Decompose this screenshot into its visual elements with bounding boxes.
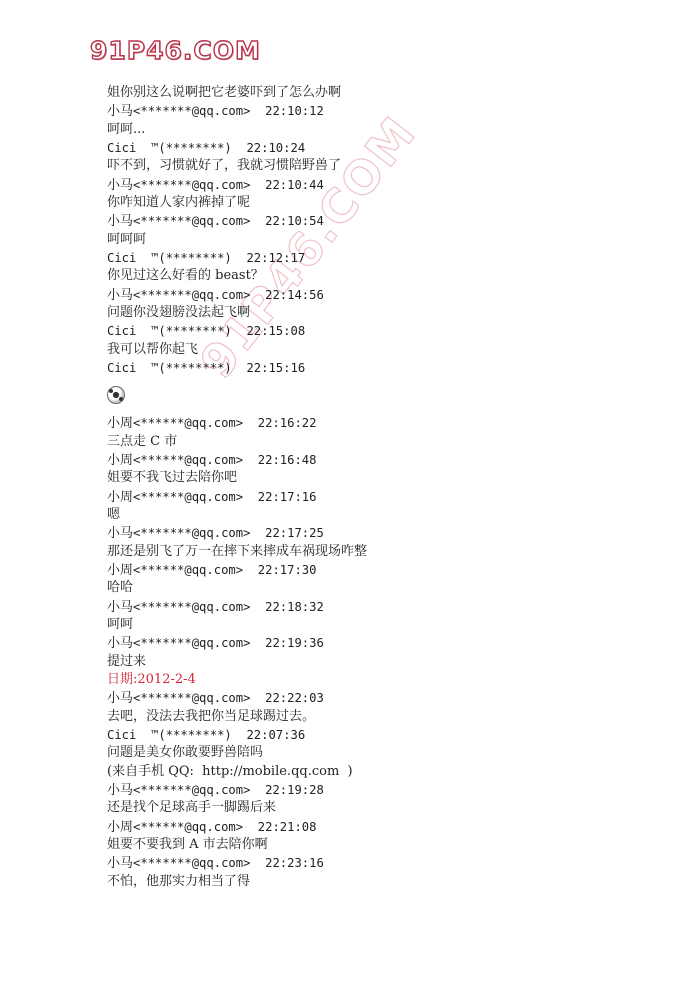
message-header: 小马<*******@qq.com> 22:19:28: [107, 781, 667, 799]
sender-name: 小周: [107, 490, 133, 505]
message-text: 呵呵...: [107, 121, 667, 139]
message-header: Cici ™(********) 22:12:17: [107, 249, 667, 267]
timestamp: 22:10:12: [265, 104, 324, 118]
sender-name: 小周: [107, 563, 133, 578]
timestamp: 22:16:48: [258, 453, 317, 467]
sender-account: <*******@qq.com>: [133, 178, 250, 192]
message-text: 那还是别飞了万一在摔下来摔成车祸现场咋整: [107, 543, 667, 561]
timestamp: 22:16:22: [258, 416, 317, 430]
message-text: 呵呵: [107, 616, 667, 634]
message-text: 问题你没翅膀没法起飞啊: [107, 304, 667, 322]
sender-name: 小马: [107, 178, 133, 193]
sender-name: 小马: [107, 856, 133, 871]
emoji-message: [107, 378, 667, 415]
timestamp: 22:10:24: [246, 141, 305, 155]
message-header: 小马<*******@qq.com> 22:17:25: [107, 524, 667, 542]
timestamp: 22:19:36: [265, 636, 324, 650]
sender-name: 小马: [107, 783, 133, 798]
timestamp: 22:10:44: [265, 178, 324, 192]
message-text: 吓不到，习惯就好了，我就习惯陪野兽了: [107, 157, 667, 175]
message-text: 哈哈: [107, 579, 667, 597]
timestamp: 22:10:54: [265, 214, 324, 228]
message-header: 小马<*******@qq.com> 22:14:56: [107, 286, 667, 304]
sender-name: Cici: [107, 141, 136, 155]
message-text: 不怕，他那实力相当了得: [107, 873, 667, 891]
sender-account: <******@qq.com>: [133, 490, 243, 504]
sender-account: <*******@qq.com>: [133, 691, 250, 705]
sender-account: ™(********): [151, 251, 232, 265]
sender-account: <*******@qq.com>: [133, 856, 250, 870]
sender-account: ™(********): [151, 324, 232, 338]
sender-name: 小马: [107, 691, 133, 706]
sender-account: <*******@qq.com>: [133, 636, 250, 650]
timestamp: 22:19:28: [265, 783, 324, 797]
message-header: 小马<*******@qq.com> 22:10:54: [107, 212, 667, 230]
message-text: 你咋知道人家内裤掉了呢: [107, 194, 667, 212]
timestamp: 22:15:16: [246, 361, 305, 375]
sender-account: <******@qq.com>: [133, 416, 243, 430]
message-text: 姐要不要我到 A 市去陪你啊: [107, 836, 667, 854]
message-header: 小马<*******@qq.com> 22:10:44: [107, 176, 667, 194]
sender-account: <******@qq.com>: [133, 453, 243, 467]
message-text: 你见过这么好看的 beast？: [107, 267, 667, 285]
message-text: 三点走 C 市: [107, 433, 667, 451]
chat-log: 姐你别这么说啊把它老婆吓到了怎么办啊小马<*******@qq.com> 22:…: [107, 84, 667, 891]
message-header: 小周<******@qq.com> 22:17:30: [107, 561, 667, 579]
sender-account: <******@qq.com>: [133, 820, 243, 834]
timestamp: 22:23:16: [265, 856, 324, 870]
sender-name: 小周: [107, 453, 133, 468]
message-text: (来自手机 QQ: http://mobile.qq.com ): [107, 763, 667, 781]
message-text: 还是找个足球高手一脚踢后来: [107, 799, 667, 817]
sender-name: 小周: [107, 416, 133, 431]
sender-account: <*******@qq.com>: [133, 214, 250, 228]
sender-account: <*******@qq.com>: [133, 526, 250, 540]
sender-account: ™(********): [151, 728, 232, 742]
sender-name: Cici: [107, 361, 136, 375]
sender-account: <******@qq.com>: [133, 563, 243, 577]
message-header: 小马<*******@qq.com> 22:22:03: [107, 689, 667, 707]
message-text: 去吧，没法去我把你当足球踢过去。: [107, 708, 667, 726]
soccer-ball-icon: [107, 386, 125, 404]
message-header: 小马<*******@qq.com> 22:19:36: [107, 634, 667, 652]
sender-account: <*******@qq.com>: [133, 104, 250, 118]
sender-name: Cici: [107, 728, 136, 742]
message-header: Cici ™(********) 22:10:24: [107, 139, 667, 157]
timestamp: 22:15:08: [246, 324, 305, 338]
timestamp: 22:07:36: [246, 728, 305, 742]
message-header: Cici ™(********) 22:07:36: [107, 726, 667, 744]
sender-name: Cici: [107, 324, 136, 338]
message-text: 问题是美女你敢要野兽陪吗: [107, 744, 667, 762]
message-text: 我可以帮你起飞: [107, 341, 667, 359]
message-header: 小马<*******@qq.com> 22:23:16: [107, 854, 667, 872]
message-header: 小马<*******@qq.com> 22:10:12: [107, 102, 667, 120]
message-header: Cici ™(********) 22:15:08: [107, 322, 667, 340]
site-logo: 91P46.COM: [90, 36, 261, 65]
message-text: 姐你别这么说啊把它老婆吓到了怎么办啊: [107, 84, 667, 102]
date-separator: 日期:2012-2-4: [107, 671, 667, 689]
sender-name: 小马: [107, 526, 133, 541]
message-text: 嗯: [107, 506, 667, 524]
sender-name: 小马: [107, 214, 133, 229]
sender-name: 小周: [107, 820, 133, 835]
message-header: 小周<******@qq.com> 22:16:48: [107, 451, 667, 469]
timestamp: 22:21:08: [258, 820, 317, 834]
sender-account: <*******@qq.com>: [133, 600, 250, 614]
sender-account: ™(********): [151, 141, 232, 155]
timestamp: 22:14:56: [265, 288, 324, 302]
sender-account: <*******@qq.com>: [133, 783, 250, 797]
timestamp: 22:17:25: [265, 526, 324, 540]
message-header: 小周<******@qq.com> 22:16:22: [107, 414, 667, 432]
sender-name: 小马: [107, 288, 133, 303]
message-header: 小周<******@qq.com> 22:17:16: [107, 488, 667, 506]
message-header: 小周<******@qq.com> 22:21:08: [107, 818, 667, 836]
sender-account: ™(********): [151, 361, 232, 375]
sender-name: 小马: [107, 636, 133, 651]
timestamp: 22:18:32: [265, 600, 324, 614]
message-text: 提过来: [107, 653, 667, 671]
timestamp: 22:17:30: [258, 563, 317, 577]
message-text: 呵呵呵: [107, 231, 667, 249]
sender-name: 小马: [107, 600, 133, 615]
timestamp: 22:17:16: [258, 490, 317, 504]
sender-account: <*******@qq.com>: [133, 288, 250, 302]
timestamp: 22:22:03: [265, 691, 324, 705]
message-text: 姐要不我飞过去陪你吧: [107, 469, 667, 487]
sender-name: 小马: [107, 104, 133, 119]
message-header: 小马<*******@qq.com> 22:18:32: [107, 598, 667, 616]
timestamp: 22:12:17: [246, 251, 305, 265]
sender-name: Cici: [107, 251, 136, 265]
message-header: Cici ™(********) 22:15:16: [107, 359, 667, 377]
